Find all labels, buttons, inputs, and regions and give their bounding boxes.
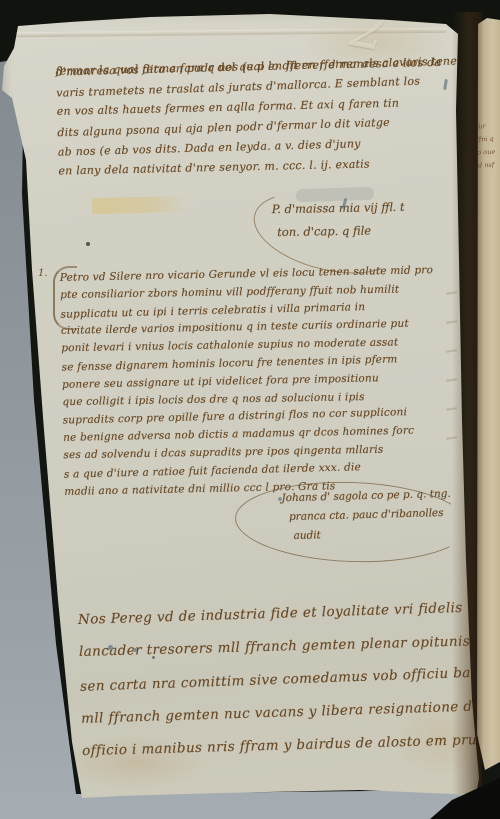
text-line: d nsf [478, 158, 500, 172]
facing-page-edge: fur ffm q o oue d nsf [477, 14, 500, 794]
paper-surface: 2 d'manresa vos dita en podr del qual lo… [0, 0, 500, 819]
text-block-3: Nos Pereg vd de industria fide et loyali… [78, 590, 500, 769]
margin-index-mark: 1. [38, 268, 48, 279]
pin-hole [108, 645, 113, 650]
pin-hole [152, 656, 155, 659]
facing-page-text-fragments: fur ffm q o oue d nsf [476, 119, 500, 172]
text-line: fur [476, 119, 500, 133]
notarial-note-2: Johans d' sagola co pe p. q. tng. pranca… [281, 485, 452, 546]
text-block-2: Petro vd Silere nro vicario Gerunde vl e… [60, 262, 438, 501]
ink-speck [86, 242, 90, 246]
manuscript-photo: 2 d'manresa vos dita en podr del qual lo… [0, 0, 500, 819]
text-line: ffm q [476, 132, 500, 146]
notarial-note-1: P. d'maissa mia vij ffl. t ton. d'cap. q… [272, 196, 406, 244]
pin-hole [133, 648, 137, 652]
text-line: P. d'maissa mia vij ffl. t [272, 196, 405, 221]
text-line: o oue [477, 145, 500, 159]
manuscript-page: 2 d'manresa vos dita en podr del qual lo… [0, 0, 500, 819]
pin-hole [278, 497, 282, 501]
text-block-1: d'manresa vos dita en podr del qual lo d… [55, 51, 460, 182]
text-line: ton. d'cap. q file [277, 219, 405, 244]
tape-repair [92, 196, 188, 215]
